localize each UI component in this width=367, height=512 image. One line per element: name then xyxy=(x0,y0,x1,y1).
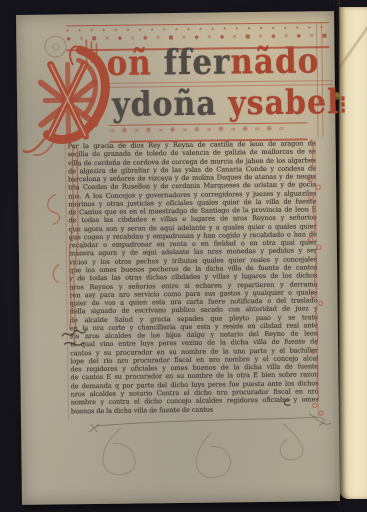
body-text-block: Por la gracia de dios Rey y Reyna de cas… xyxy=(68,139,319,415)
heading-text-red: nãdo xyxy=(230,41,319,82)
heading-text-red: oñ xyxy=(106,43,164,84)
illuminated-initial-d xyxy=(20,38,115,159)
faded-scribbles xyxy=(61,411,332,499)
heading-end-mark: ⁝ xyxy=(339,91,344,120)
heading-line-1: oñ ffernãdo xyxy=(106,41,319,84)
heading-line-2: ydoña ysabel⁝ xyxy=(112,83,345,125)
manuscript-photo: oñ ffernãdo ydoña ysabel⁝ Por la gracia … xyxy=(0,0,367,512)
left-margin-flourish xyxy=(40,144,83,364)
line-end-flourish: ⊂ xyxy=(283,398,292,409)
heading-text-dark: ydoña xyxy=(112,84,229,125)
heading-text-red: ysabel xyxy=(228,83,340,124)
manuscript-page: oñ ffernãdo ydoña ysabel⁝ Por la gracia … xyxy=(16,11,340,505)
right-margin-flourish xyxy=(300,139,333,424)
facing-folio-edge xyxy=(339,7,367,499)
heading-text-dark: ffer xyxy=(163,42,230,83)
